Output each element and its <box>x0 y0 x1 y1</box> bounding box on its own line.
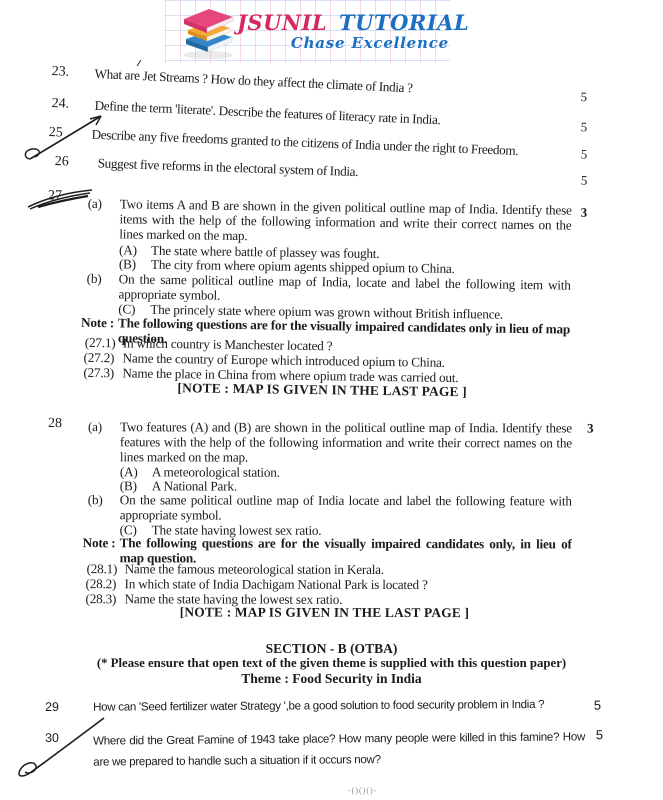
question-27A-label: (A) <box>119 242 137 257</box>
question-28-1-label: (28.1) <box>87 561 118 576</box>
question-30-marks: 5 <box>596 727 603 742</box>
question-28A-label: (A) <box>120 464 138 479</box>
question-28B-label: (B) <box>120 478 137 493</box>
question-28b-text: On the same political outline map of Ind… <box>120 492 572 523</box>
logo-title-secondary: TUTORIAL <box>339 10 469 35</box>
section-b-instruction: (* Please ensure that open text of the g… <box>0 656 663 671</box>
logo-tagline: Chase Excellence <box>237 35 449 51</box>
question-25-number: 25 <box>48 125 92 142</box>
section-b-title: SECTION - B (OTBA) <box>0 641 663 656</box>
question-28A-text: A meteorological station. <box>152 464 280 479</box>
question-23-marks: 5 <box>580 89 587 104</box>
question-27C-label: (C) <box>118 301 135 316</box>
question-row-25: 25 Describe any five freedoms granted to… <box>48 125 587 161</box>
question-27b-label: (b) <box>87 271 102 286</box>
question-row-26: 26 Suggest five reforms in the electoral… <box>55 154 588 187</box>
question-28b-label: (b) <box>88 492 103 507</box>
question-29-number: 29 <box>45 700 93 715</box>
question-27B-label: (B) <box>119 256 136 271</box>
page-footer-mark: -()()()- <box>348 786 377 795</box>
question-27-marks: 3 <box>581 205 588 220</box>
question-24-marks: 5 <box>580 119 587 134</box>
question-28a-label: (a) <box>88 419 102 434</box>
question-27-2-label: (27.2) <box>84 350 115 365</box>
question-27-note-label: Note : <box>81 315 114 330</box>
question-23-number: 23. <box>51 64 95 81</box>
question-28-note-label: Note : <box>83 535 116 550</box>
question-28-map-note: [NOTE : MAP IS GIVEN IN THE LAST PAGE ] <box>94 604 554 620</box>
logo-title: JSUNIL TUTORIAL <box>237 12 469 34</box>
question-28-number: 28 <box>48 416 62 431</box>
question-30-number: 30 <box>45 731 93 773</box>
question-27-number: 27 <box>48 188 62 203</box>
question-27a-label: (a) <box>88 196 102 211</box>
question-24-number: 24. <box>51 96 95 113</box>
question-row-23: 23. What are Jet Streams ? How do they a… <box>51 64 587 103</box>
question-29-marks: 5 <box>594 698 601 713</box>
question-26-number: 26 <box>55 154 98 170</box>
question-28-2-text: In which state of India Dachigam Nationa… <box>125 576 428 592</box>
question-row-29: 29 How can 'Seed fertilizer water Strate… <box>45 697 601 715</box>
question-27-3-label: (27.3) <box>83 365 114 380</box>
question-28-2-label: (28.2) <box>86 576 117 591</box>
question-23-text: What are Jet Streams ? How do they affec… <box>94 66 413 95</box>
question-27a-text: Two items A and B are shown in the given… <box>119 196 572 247</box>
question-27-map-note: [NOTE : MAP IS GIVEN IN THE LAST PAGE ] <box>92 379 552 400</box>
question-29-text: How can 'Seed fertilizer water Strategy … <box>93 697 544 715</box>
question-30-text: Where did the Great Famine of 1943 take … <box>93 726 585 772</box>
question-26-text: Suggest five reforms in the electoral sy… <box>97 155 358 179</box>
question-24-text: Define the term 'literate'. Describe the… <box>94 98 440 127</box>
question-25-marks: 5 <box>580 146 587 161</box>
question-26-marks: 5 <box>581 172 588 187</box>
logo-title-primary: JSUNIL <box>237 10 327 35</box>
question-28-block: 28 (a) Two features (A) and (B) are show… <box>24 414 600 626</box>
question-28-marks: 3 <box>587 420 593 435</box>
question-27-block: 27 (a) Two items A and B are shown in th… <box>22 186 600 409</box>
pen-tick-icon <box>137 60 141 66</box>
question-28B-text: A National Park. <box>152 478 237 493</box>
scanned-question-paper: JSUNIL TUTORIAL Chase Excellence 23. Wha… <box>0 0 663 800</box>
section-b-theme: Theme : Food Security in India <box>0 671 663 686</box>
question-28-1-text: Name the famous meteorological station i… <box>125 561 384 577</box>
question-27-1-label: (27.1) <box>85 335 116 350</box>
question-25-text: Describe any five freedoms granted to th… <box>91 127 518 158</box>
question-row-30: 30 Where did the Great Famine of 1943 ta… <box>45 726 603 773</box>
question-28a-text: Two features (A) and (B) are shown in th… <box>120 419 572 465</box>
